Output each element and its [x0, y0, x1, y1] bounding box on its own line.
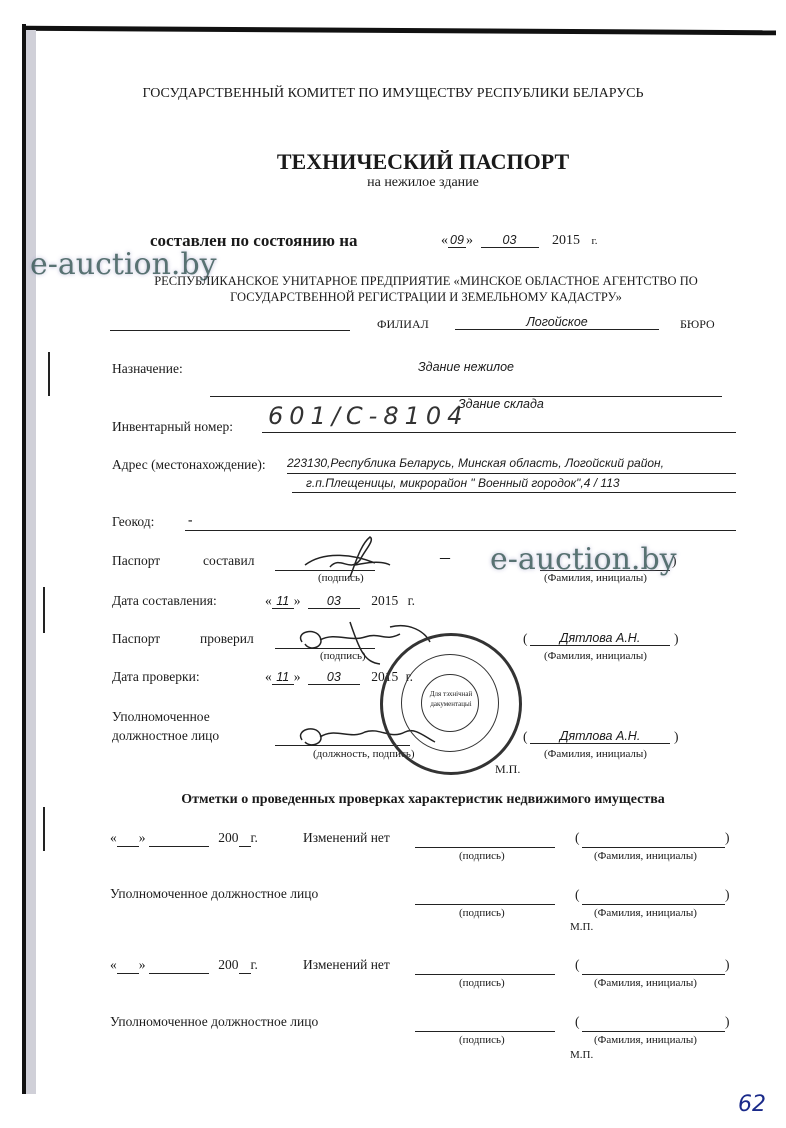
year-prefix: 200: [218, 830, 238, 845]
check-month: 03: [308, 670, 360, 685]
purpose-label: Назначение:: [112, 361, 183, 377]
quote-close: »: [294, 593, 301, 608]
quote-open: «: [110, 957, 117, 972]
compile-year: 2015: [371, 593, 398, 608]
compile-day: 11: [272, 594, 294, 609]
open-paren: (: [523, 729, 528, 745]
quote-open: «: [110, 830, 117, 845]
blank-month: [149, 957, 209, 974]
blank-day: [117, 957, 139, 974]
check-block-date: « » 200 г.: [110, 957, 258, 974]
compile-year-suffix: г.: [408, 593, 415, 608]
margin-mark: [43, 807, 45, 851]
quote-open: «: [265, 669, 272, 684]
check-date-label: Дата проверки:: [112, 669, 200, 685]
stamp-text-2: дакументацыі: [413, 700, 489, 708]
bureau-label: БЮРО: [680, 317, 715, 332]
name-caption: (Фамилия, инициалы): [594, 907, 697, 919]
dash: –: [440, 546, 450, 569]
address-line2: г.п.Плещеницы, микрорайон " Военный горо…: [306, 476, 620, 490]
signature-line: [415, 974, 555, 975]
document-title: ТЕХНИЧЕСКИЙ ПАСПОРТ: [0, 149, 786, 175]
page-number: 62: [738, 1092, 766, 1117]
quote-close: »: [139, 957, 146, 972]
compiled-year: 2015: [552, 233, 580, 248]
checker-name: Дятлова А.Н.: [530, 631, 670, 646]
quote-close: »: [139, 830, 146, 845]
name-caption: (Фамилия, инициалы): [594, 850, 697, 862]
compile-date-value: «11» 03 2015 г.: [265, 593, 415, 609]
name-caption: (Фамилия, инициалы): [544, 748, 647, 760]
name-line: [582, 1031, 725, 1032]
year-suffix: г.: [251, 957, 258, 972]
name-line: [582, 974, 725, 975]
official-label: Уполномоченное должностное лицо: [110, 886, 318, 902]
open-paren: (: [575, 830, 580, 846]
signature-line: [415, 1031, 555, 1032]
purpose-value: Здание нежилое: [210, 360, 722, 374]
inventory-label: Инвентарный номер:: [112, 419, 233, 435]
checked-by-label-b: проверил: [200, 631, 254, 647]
address-label: Адрес (местонахождение):: [112, 457, 266, 473]
blank-line: [110, 330, 350, 331]
seal-label: М.П.: [495, 762, 520, 777]
signature-caption: (подпись): [459, 1034, 505, 1046]
signature-caption: (подпись): [459, 977, 505, 989]
margin-mark: [43, 587, 45, 633]
geocode-line: [185, 530, 736, 531]
branch-label: ФИЛИАЛ: [377, 317, 429, 332]
inventory-value: 601/С-8104: [268, 402, 468, 430]
seal-label: М.П.: [570, 1049, 593, 1061]
compiled-year-suffix: г.: [592, 235, 598, 247]
year-suffix: г.: [251, 830, 258, 845]
blank-year: [239, 957, 251, 974]
name-caption: (Фамилия, инициалы): [594, 1034, 697, 1046]
margin-mark: [48, 352, 50, 396]
document-subtitle: на нежилое здание: [0, 175, 786, 191]
committee-heading: ГОСУДАРСТВЕННЫЙ КОМИТЕТ ПО ИМУЩЕСТВУ РЕС…: [0, 86, 786, 102]
close-paren: ): [725, 830, 730, 846]
authorized-name: Дятлова А.Н.: [530, 729, 670, 744]
checked-by-label-a: Паспорт: [112, 631, 160, 647]
compile-month: 03: [308, 594, 360, 609]
close-paren: ): [674, 729, 679, 745]
geocode-value: -: [188, 512, 193, 528]
stamp-text-1: Для тэхнічнай: [413, 690, 489, 698]
blank-day: [117, 830, 139, 847]
quote-open: «: [265, 593, 272, 608]
name-caption: (Фамилия, инициалы): [544, 650, 647, 662]
authorized-label-line1: Уполномоченное: [112, 709, 210, 725]
name-line: [582, 847, 725, 848]
year-prefix: 200: [218, 957, 238, 972]
geocode-label: Геокод:: [112, 514, 154, 530]
official-label: Уполномоченное должностное лицо: [110, 1014, 318, 1030]
organization-line2: ГОСУДАРСТВЕННОЙ РЕГИСТРАЦИИ И ЗЕМЕЛЬНОМУ…: [146, 290, 706, 305]
official-stamp: Для тэхнічнай дакументацыі: [380, 633, 522, 775]
name-line: [582, 904, 725, 905]
signature-caption: (подпись): [459, 850, 505, 862]
compiled-day: 09: [448, 233, 466, 248]
compile-date-label: Дата составления:: [112, 593, 217, 609]
checks-section-title: Отметки о проведенных проверках характер…: [0, 792, 786, 808]
compiled-by-label-a: Паспорт: [112, 553, 160, 569]
inventory-note: Здание склада: [458, 397, 544, 411]
seal-label: М.П.: [570, 921, 593, 933]
blank-year: [239, 830, 251, 847]
quote-close: »: [294, 669, 301, 684]
quote-close: »: [466, 233, 473, 248]
branch-value: Логойское: [455, 315, 659, 330]
check-day: 11: [272, 670, 294, 685]
name-caption: (Фамилия, инициалы): [594, 977, 697, 989]
quote-open: «: [441, 233, 448, 248]
scan-frame-top: [26, 26, 776, 36]
compiled-by-label-b: составил: [203, 553, 254, 569]
inventory-line: [262, 432, 736, 433]
signature-line: [415, 847, 555, 848]
status-text: Изменений нет: [303, 830, 390, 846]
close-paren: ): [725, 957, 730, 973]
signature-caption: (подпись): [318, 572, 364, 584]
open-paren: (: [523, 631, 528, 647]
check-block-date: « » 200 г.: [110, 830, 258, 847]
open-paren: (: [575, 957, 580, 973]
compiled-month: 03: [481, 233, 539, 248]
signature-caption: (подпись): [459, 907, 505, 919]
authorized-label-line2: должностное лицо: [112, 728, 219, 744]
address-line2-rule: [292, 492, 736, 493]
status-text: Изменений нет: [303, 957, 390, 973]
open-paren: (: [575, 887, 580, 903]
address-line1: 223130,Республика Беларусь, Минская обла…: [287, 456, 664, 470]
organization-line1: РЕСПУБЛИКАНСКОЕ УНИТАРНОЕ ПРЕДПРИЯТИЕ «М…: [146, 274, 706, 289]
close-paren: ): [674, 631, 679, 647]
address-line1-rule: [287, 473, 736, 474]
open-paren: (: [575, 1014, 580, 1030]
blank-month: [149, 830, 209, 847]
signature-line: [415, 904, 555, 905]
compiled-state-date: «09» 03 2015 г.: [441, 233, 598, 249]
close-paren: ): [725, 1014, 730, 1030]
close-paren: ): [725, 887, 730, 903]
watermark: e-auction.by: [490, 542, 677, 577]
signature-caption: (подпись): [320, 650, 366, 662]
